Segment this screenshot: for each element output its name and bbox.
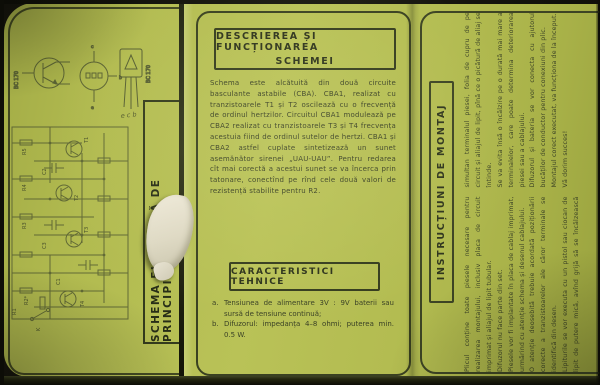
label-c2: C2 [42, 168, 48, 175]
pinout-diagram-icon: c b e [80, 45, 122, 111]
instructions-panel: INSTRUCȚIUNI DE MONTAJ Plicul conține to… [427, 12, 600, 372]
label-k: K [36, 327, 42, 331]
description-title-line2: SCHEMEI [276, 56, 335, 67]
label-r3: R3 [22, 222, 28, 229]
transistor-symbol-icon: BC 170 [14, 58, 70, 89]
leaflet-scan: BC 170 c b e BC 170 e c b [0, 0, 600, 385]
item-a-text: Tensiunea de alimentare 3V : 9V baterii … [224, 298, 394, 319]
label-t2: T2 [74, 195, 80, 202]
characteristics-item-a: a. Tensiunea de alimentare 3V : 9V bater… [212, 298, 394, 319]
photo-edge-top [0, 0, 600, 4]
instructions-title-box: INSTRUCȚIUNI DE MONTAJ [429, 81, 454, 303]
fold-highlight [184, 3, 193, 378]
item-b-text: Difuzorul: impedanța 4–8 ohmi; puterea m… [224, 319, 394, 340]
pin-label-top: c [91, 45, 94, 50]
photo-edge-bottom [0, 376, 600, 385]
instructions-title: INSTRUCȚIUNI DE MONTAJ [436, 104, 447, 281]
label-t4: T4 [80, 301, 86, 308]
photo-edge-right [596, 0, 600, 385]
pin-label-bottom: e [91, 106, 94, 111]
pin-red-label: e c b [120, 110, 137, 120]
fold-shadow-right [406, 3, 420, 378]
item-b-label: b. [212, 319, 224, 340]
characteristics-title-box: CARACTERISTICI TEHNICE [229, 262, 380, 291]
description-title-line1: DESCRIEREA ȘI FUNCȚIONAREA [216, 31, 394, 53]
instructions-body: Plicul conține toate piesele necesare pe… [463, 12, 590, 372]
label-c3: C3 [42, 242, 48, 249]
characteristics-list: a. Tensiunea de alimentare 3V : 9V bater… [212, 298, 394, 340]
label-c1: C1 [56, 278, 62, 285]
package-type-label: BC 170 [146, 65, 152, 83]
label-r4: R4 [22, 184, 28, 191]
label-t1: T1 [84, 137, 90, 144]
circuit-wires [12, 127, 128, 321]
characteristics-title: CARACTERISTICI TEHNICE [231, 267, 378, 287]
label-r2: R2* [24, 295, 30, 305]
schematic-labels: R5 T1 R4 C2 T2 R3 C3 T3 R2* C1 T4 R1 K [12, 137, 90, 331]
description-paragraph: Schema este alcătuită din două circuite … [210, 78, 396, 208]
item-a-label: a. [212, 298, 224, 319]
characteristics-item-b: b. Difuzorul: impedanța 4–8 ohmi; putere… [212, 319, 394, 340]
transistor-type-label: BC 170 [14, 71, 20, 89]
label-r5: R5 [22, 148, 28, 155]
photo-edge-left [0, 0, 4, 385]
description-title-box: DESCRIEREA ȘI FUNCȚIONAREA SCHEMEI [214, 28, 396, 70]
label-t3: T3 [84, 227, 90, 234]
label-r1: R1 [12, 308, 18, 315]
